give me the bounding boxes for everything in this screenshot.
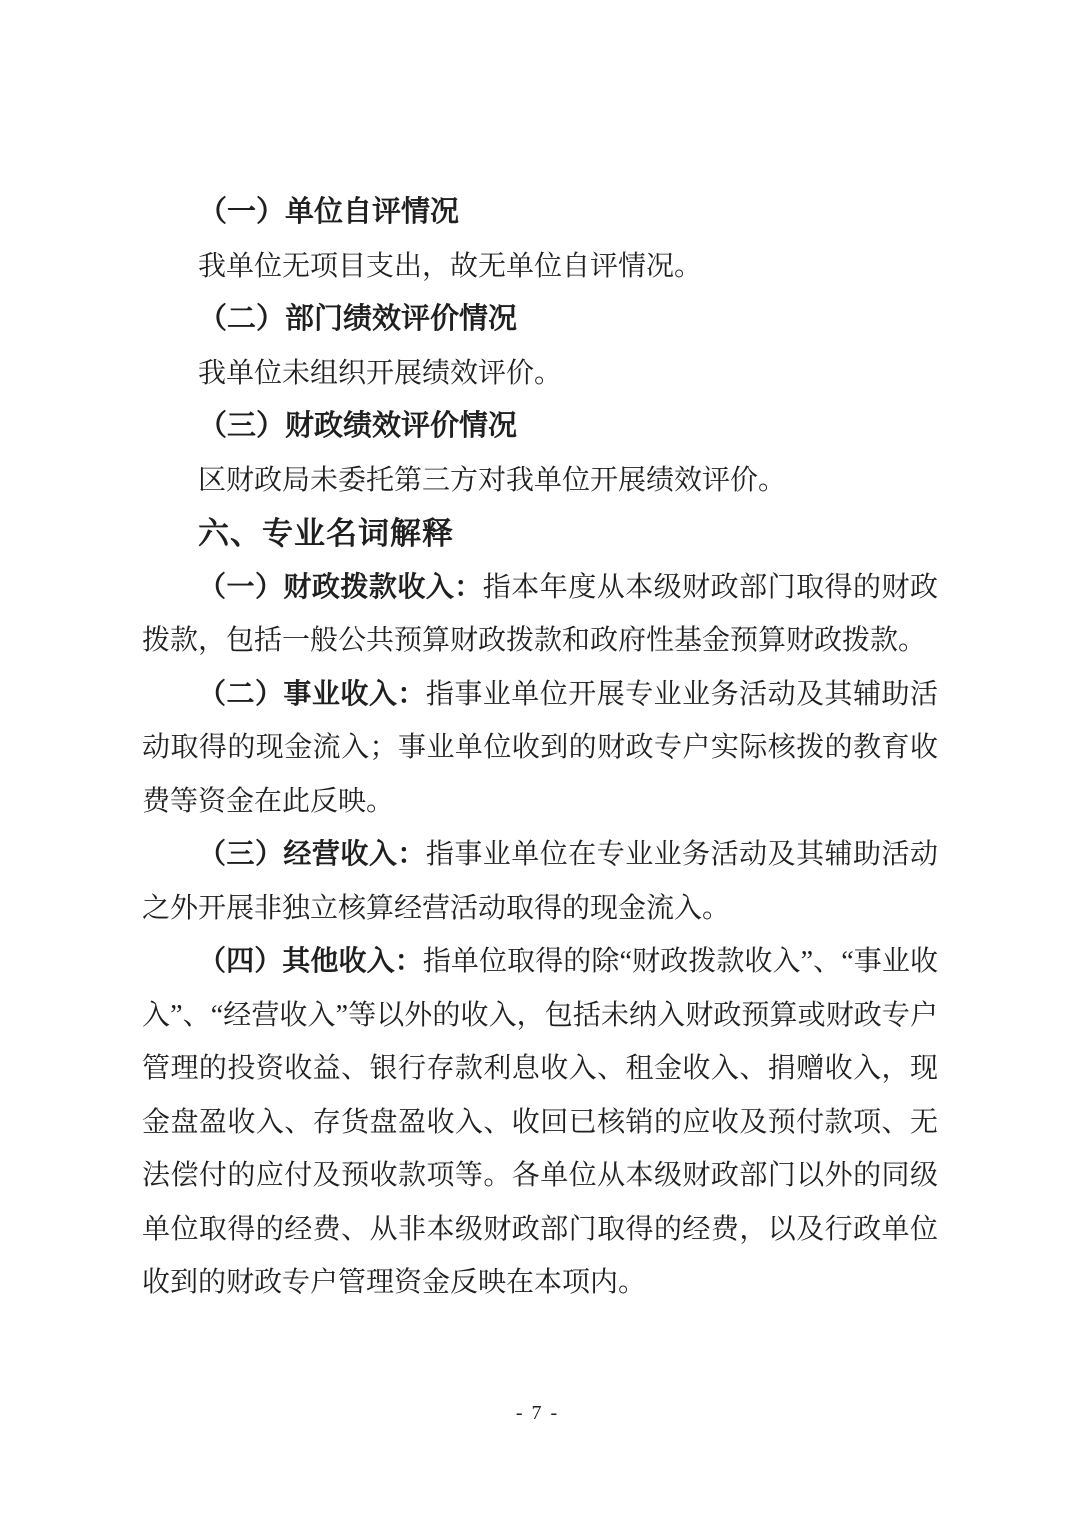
paragraph-term-fiscal-appropriation-income: （一）财政拨款收入：指本年度从本级财政部门取得的财政拨款，包括一般公共预算财政拨… [142, 561, 938, 668]
paragraph-term-business-income: （三）经营收入：指事业单位在专业业务活动及其辅助活动之外开展非独立核算经营活动取… [142, 828, 938, 935]
paragraph-term-other-income: （四）其他收入：指单位取得的除“财政拨款收入”、“事业收入”、“经营收入”等以外… [142, 935, 938, 1310]
term-definition-other-income: 指单位取得的除“财政拨款收入”、“事业收入”、“经营收入”等以外的收入，包括未纳… [142, 946, 938, 1298]
subsection-heading-unit-self-evaluation: （一）单位自评情况 [142, 186, 938, 240]
term-lead-business-income: （三）经营收入： [198, 839, 426, 870]
section-heading-terminology: 六、专业名词解释 [142, 507, 938, 561]
paragraph-unit-self-evaluation: 我单位无项目支出，故无单位自评情况。 [142, 240, 938, 294]
term-lead-institution-income: （二）事业收入： [198, 679, 426, 710]
term-lead-fiscal-appropriation-income: （一）财政拨款收入： [198, 572, 483, 603]
subsection-heading-fiscal-evaluation: （三）财政绩效评价情况 [142, 400, 938, 454]
paragraph-term-operating-income-public: （二）事业收入：指事业单位开展专业业务活动及其辅助活动取得的现金流入；事业单位收… [142, 668, 938, 829]
paragraph-department-evaluation: 我单位未组织开展绩效评价。 [142, 347, 938, 401]
document-page: （一）单位自评情况 我单位无项目支出，故无单位自评情况。 （二）部门绩效评价情况… [0, 0, 1075, 1520]
subsection-heading-department-evaluation: （二）部门绩效评价情况 [142, 293, 938, 347]
term-lead-other-income: （四）其他收入： [198, 946, 423, 977]
paragraph-fiscal-evaluation: 区财政局未委托第三方对我单位开展绩效评价。 [142, 454, 938, 508]
page-number: - 7 - [0, 1402, 1075, 1425]
document-body: （一）单位自评情况 我单位无项目支出，故无单位自评情况。 （二）部门绩效评价情况… [142, 186, 938, 1310]
